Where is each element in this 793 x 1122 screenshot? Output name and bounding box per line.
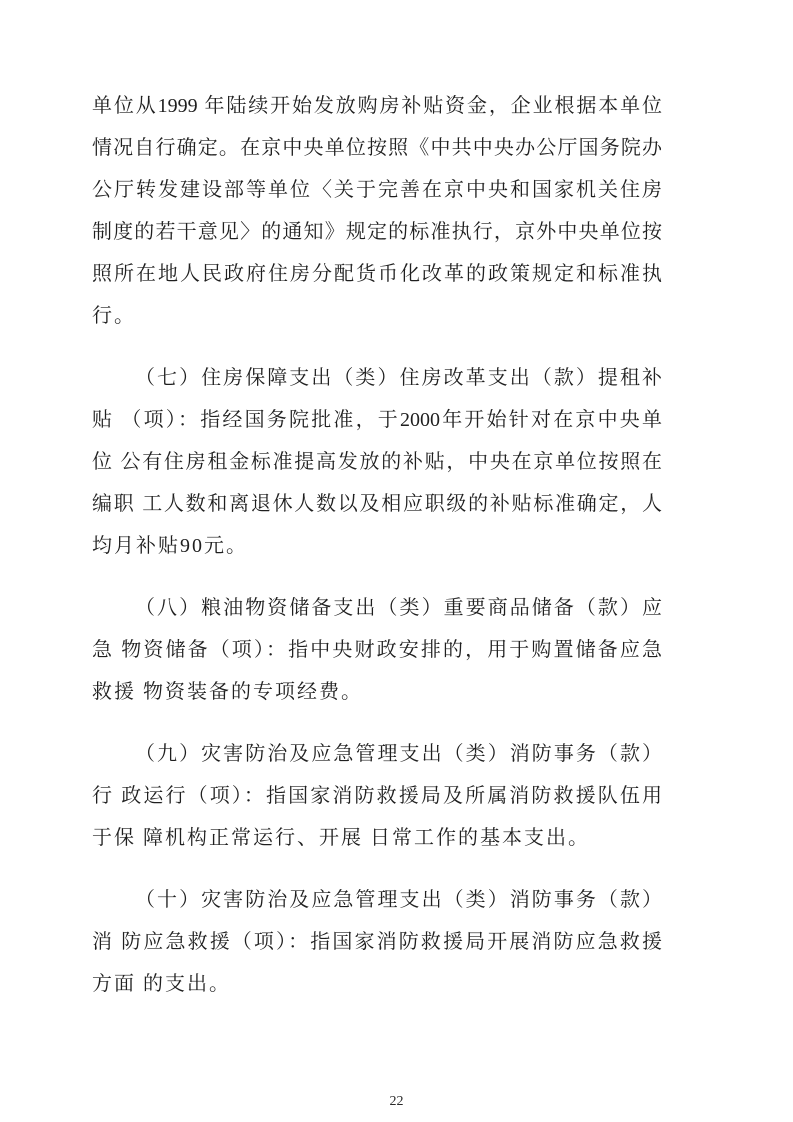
text-line: 行 政运行（项）：指国家消防救援局及所属消防救援队伍用 [92,775,662,817]
paragraph-1: 单位从1999 年陆续开始发放购房补贴资金，企业根据本单位 情况自行确定。在京中… [92,85,662,337]
paragraph-3: （八）粮油物资储备支出（类）重要商品储备（款）应 急 物资储备（项）：指中央财政… [92,587,662,713]
text-line: 行。 [92,295,662,337]
body-text: 单位从1999 年陆续开始发放购房补贴资金，企业根据本单位 情况自行确定。在京中… [92,85,662,1005]
page-number: 22 [0,1094,793,1110]
text-line: 消 防应急救援（项）：指国家消防救援局开展消防应急救援 [92,921,662,963]
text-line: 方面 的支出。 [92,963,662,1005]
paragraph-2: （七）住房保障支出（类）住房改革支出（款）提租补 贴 （项）：指经国务院批准，于… [92,357,662,567]
text-line: （十）灾害防治及应急管理支出（类）消防事务（款） [92,879,662,921]
text-line: 位 公有住房租金标准提高发放的补贴，中央在京单位按照在 [92,441,662,483]
text-line: 于保 障机构正常运行、开展 日常工作的基本支出。 [92,817,662,859]
text-line: 均月补贴90元。 [92,525,662,567]
text-line: 照所在地人民政府住房分配货币化改革的政策规定和标准执 [92,253,662,295]
paragraph-5: （十）灾害防治及应急管理支出（类）消防事务（款） 消 防应急救援（项）：指国家消… [92,879,662,1005]
text-line: 救援 物资装备的专项经费。 [92,671,662,713]
text-line: （九）灾害防治及应急管理支出（类）消防事务（款） [92,733,662,775]
text-line: 单位从1999 年陆续开始发放购房补贴资金，企业根据本单位 [92,85,662,127]
paragraph-4: （九）灾害防治及应急管理支出（类）消防事务（款） 行 政运行（项）：指国家消防救… [92,733,662,859]
text-line: 制度的若干意见〉的通知》规定的标准执行，京外中央单位按 [92,211,662,253]
text-line: （八）粮油物资储备支出（类）重要商品储备（款）应 [92,587,662,629]
text-line: 贴 （项）：指经国务院批准，于2000年开始针对在京中央单 [92,399,662,441]
text-line: 情况自行确定。在京中央单位按照《中共中央办公厅国务院办 [92,127,662,169]
text-line: 公厅转发建设部等单位〈关于完善在京中央和国家机关住房 [92,169,662,211]
text-line: （七）住房保障支出（类）住房改革支出（款）提租补 [92,357,662,399]
text-line: 编职 工人数和离退休人数以及相应职级的补贴标准确定，人 [92,483,662,525]
document-page: 单位从1999 年陆续开始发放购房补贴资金，企业根据本单位 情况自行确定。在京中… [0,0,793,1122]
text-line: 急 物资储备（项）：指中央财政安排的，用于购置储备应急 [92,629,662,671]
